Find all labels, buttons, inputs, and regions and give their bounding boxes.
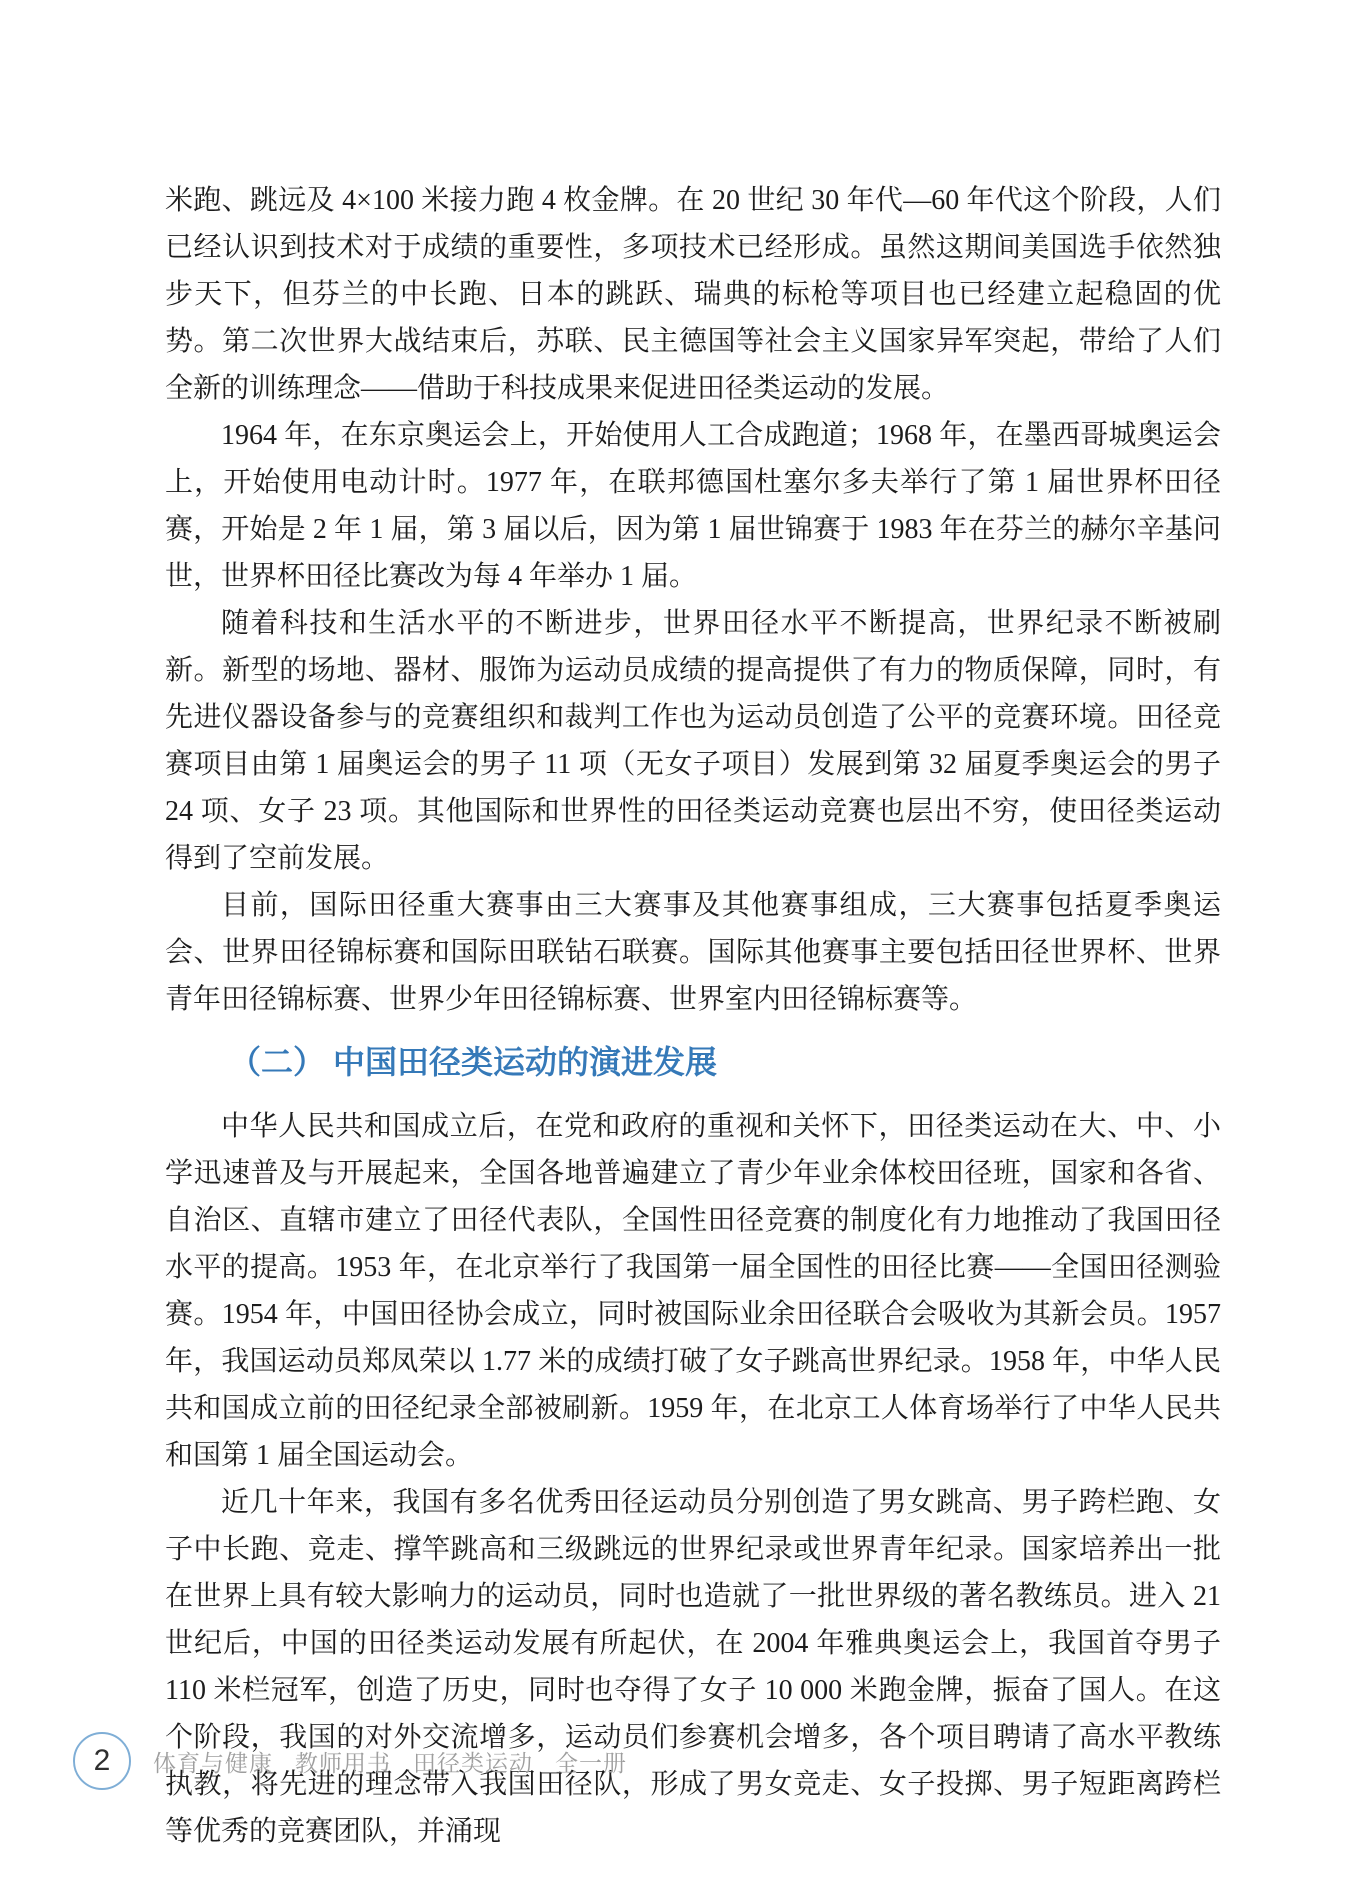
paragraph: 中华人民共和国成立后，在党和政府的重视和关怀下，田径类运动在大、中、小学迅速普及… [165, 1103, 1221, 1479]
footer-subject: 田径类运动 [413, 1750, 533, 1776]
page-content: 米跑、跳远及 4×100 米接力跑 4 枚金牌。在 20 世纪 30 年代—60… [165, 177, 1221, 1855]
paragraph: 目前，国际田径重大赛事由三大赛事及其他赛事组成，三大赛事包括夏季奥运会、世界田径… [165, 882, 1221, 1023]
paragraph: 1964 年，在东京奥运会上，开始使用人工合成跑道；1968 年，在墨西哥城奥运… [165, 412, 1221, 600]
page-number: 2 [94, 1744, 111, 1778]
paragraph: 近几十年来，我国有多名优秀田径运动员分别创造了男女跳高、男子跨栏跑、女子中长跑、… [165, 1479, 1221, 1855]
page-footer: 2 体育与健康教师用书田径类运动全一册 [73, 1732, 627, 1790]
book-page: 米跑、跳远及 4×100 米接力跑 4 枚金牌。在 20 世纪 30 年代—60… [0, 0, 1353, 1884]
section-heading: （二） 中国田径类运动的演进发展 [165, 1037, 1221, 1087]
footer-meta: 体育与健康教师用书田径类运动全一册 [153, 1745, 627, 1778]
footer-book-title: 体育与健康 [153, 1750, 273, 1776]
page-number-badge: 2 [73, 1732, 131, 1790]
paragraph: 随着科技和生活水平的不断进步，世界田径水平不断提高，世界纪录不断被刷新。新型的场… [165, 600, 1221, 882]
paragraph: 米跑、跳远及 4×100 米接力跑 4 枚金牌。在 20 世纪 30 年代—60… [165, 177, 1221, 412]
footer-volume: 全一册 [555, 1750, 627, 1776]
footer-book-type: 教师用书 [295, 1750, 391, 1776]
